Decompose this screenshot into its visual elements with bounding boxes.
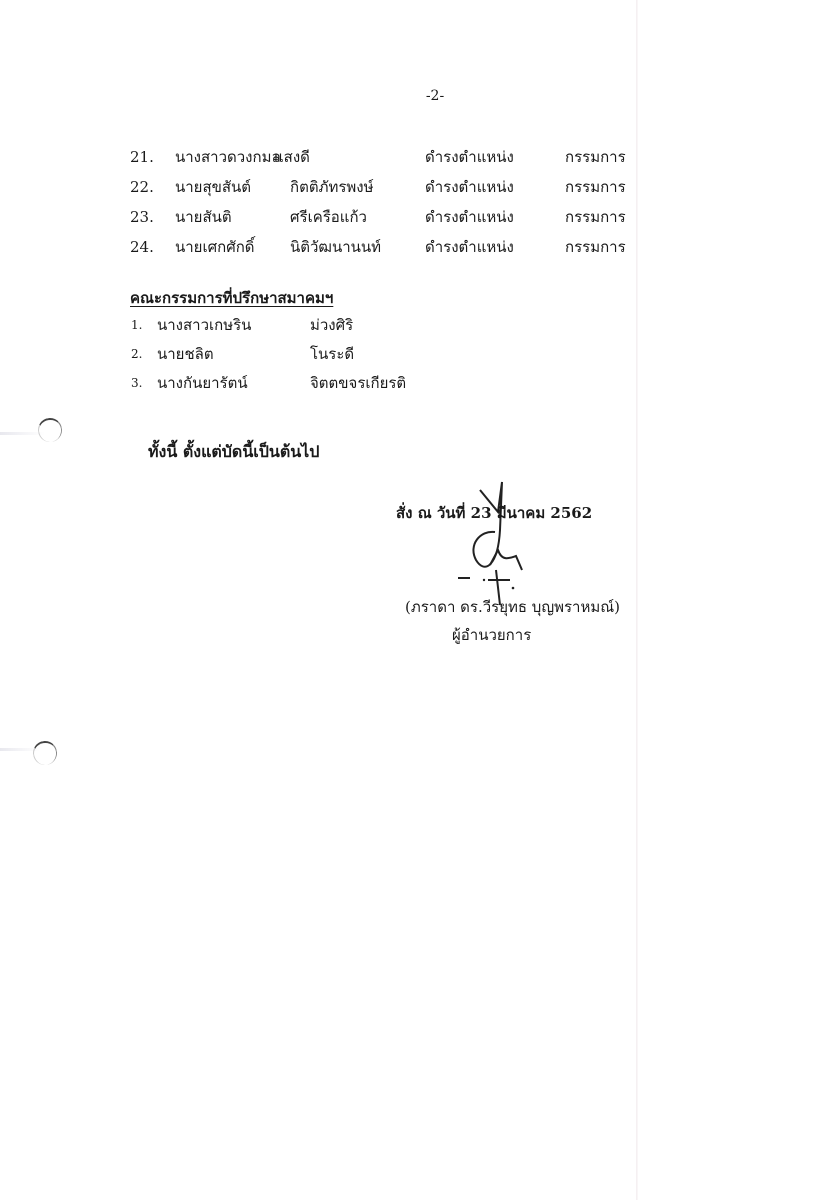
advisor-last-name: จิตตขจรเกียรติ (310, 373, 406, 393)
member-first-name: นายสุขสันต์ (175, 177, 251, 197)
member-first-name: นางสาวดวงกมล (175, 147, 281, 167)
member-role: กรรมการ (565, 237, 626, 257)
signature-icon (440, 470, 560, 610)
advisor-number: 1. (131, 315, 142, 335)
member-number: 23. (130, 207, 154, 227)
advisor-last-name: โนระดี (310, 344, 354, 364)
member-role: กรรมการ (565, 207, 626, 227)
member-last-name: กิตติภัทรพงษ์ (290, 177, 374, 197)
member-number: 21. (130, 147, 154, 167)
advisor-first-name: นางสาวเกษริน (157, 315, 251, 335)
advisors-heading: คณะกรรมการที่ปรึกษาสมาคมฯ (130, 286, 333, 310)
advisor-last-name: ม่วงศิริ (310, 315, 353, 335)
member-first-name: นายสันติ (175, 207, 232, 227)
member-status: ดำรงตำแหน่ง (425, 237, 514, 257)
advisor-number: 3. (131, 373, 142, 393)
member-role: กรรมการ (565, 147, 626, 167)
member-first-name: นายเศกศักดิ์ (175, 237, 255, 257)
page-number: -2- (0, 88, 835, 104)
advisor-first-name: นายชลิต (157, 344, 214, 364)
member-last-name: ศรีเครือแก้ว (290, 207, 367, 227)
hole-punch-icon (31, 739, 59, 767)
member-last-name: แสงดี (274, 147, 310, 167)
member-status: ดำรงตำแหน่ง (425, 177, 514, 197)
page-edge-line (636, 0, 638, 1200)
advisor-number: 2. (131, 344, 142, 364)
effective-statement: ทั้งนี้ ตั้งแต่บัดนี้เป็นต้นไป (148, 440, 319, 465)
signer-name: (ภราดา ดร.วีรยุทธ บุญพราหมณ์) (405, 595, 620, 619)
member-status: ดำรงตำแหน่ง (425, 147, 514, 167)
member-number: 24. (130, 237, 154, 257)
advisor-first-name: นางกันยารัตน์ (157, 373, 248, 393)
member-status: ดำรงตำแหน่ง (425, 207, 514, 227)
member-number: 22. (130, 177, 154, 197)
member-last-name: นิติวัฒนานนท์ (290, 237, 381, 257)
signer-title: ผู้อำนวยการ (452, 623, 531, 647)
member-role: กรรมการ (565, 177, 626, 197)
order-date: สั่ง ณ วันที่ 23 มีนาคม 2562 (396, 501, 592, 525)
hole-punch-icon (36, 416, 64, 444)
